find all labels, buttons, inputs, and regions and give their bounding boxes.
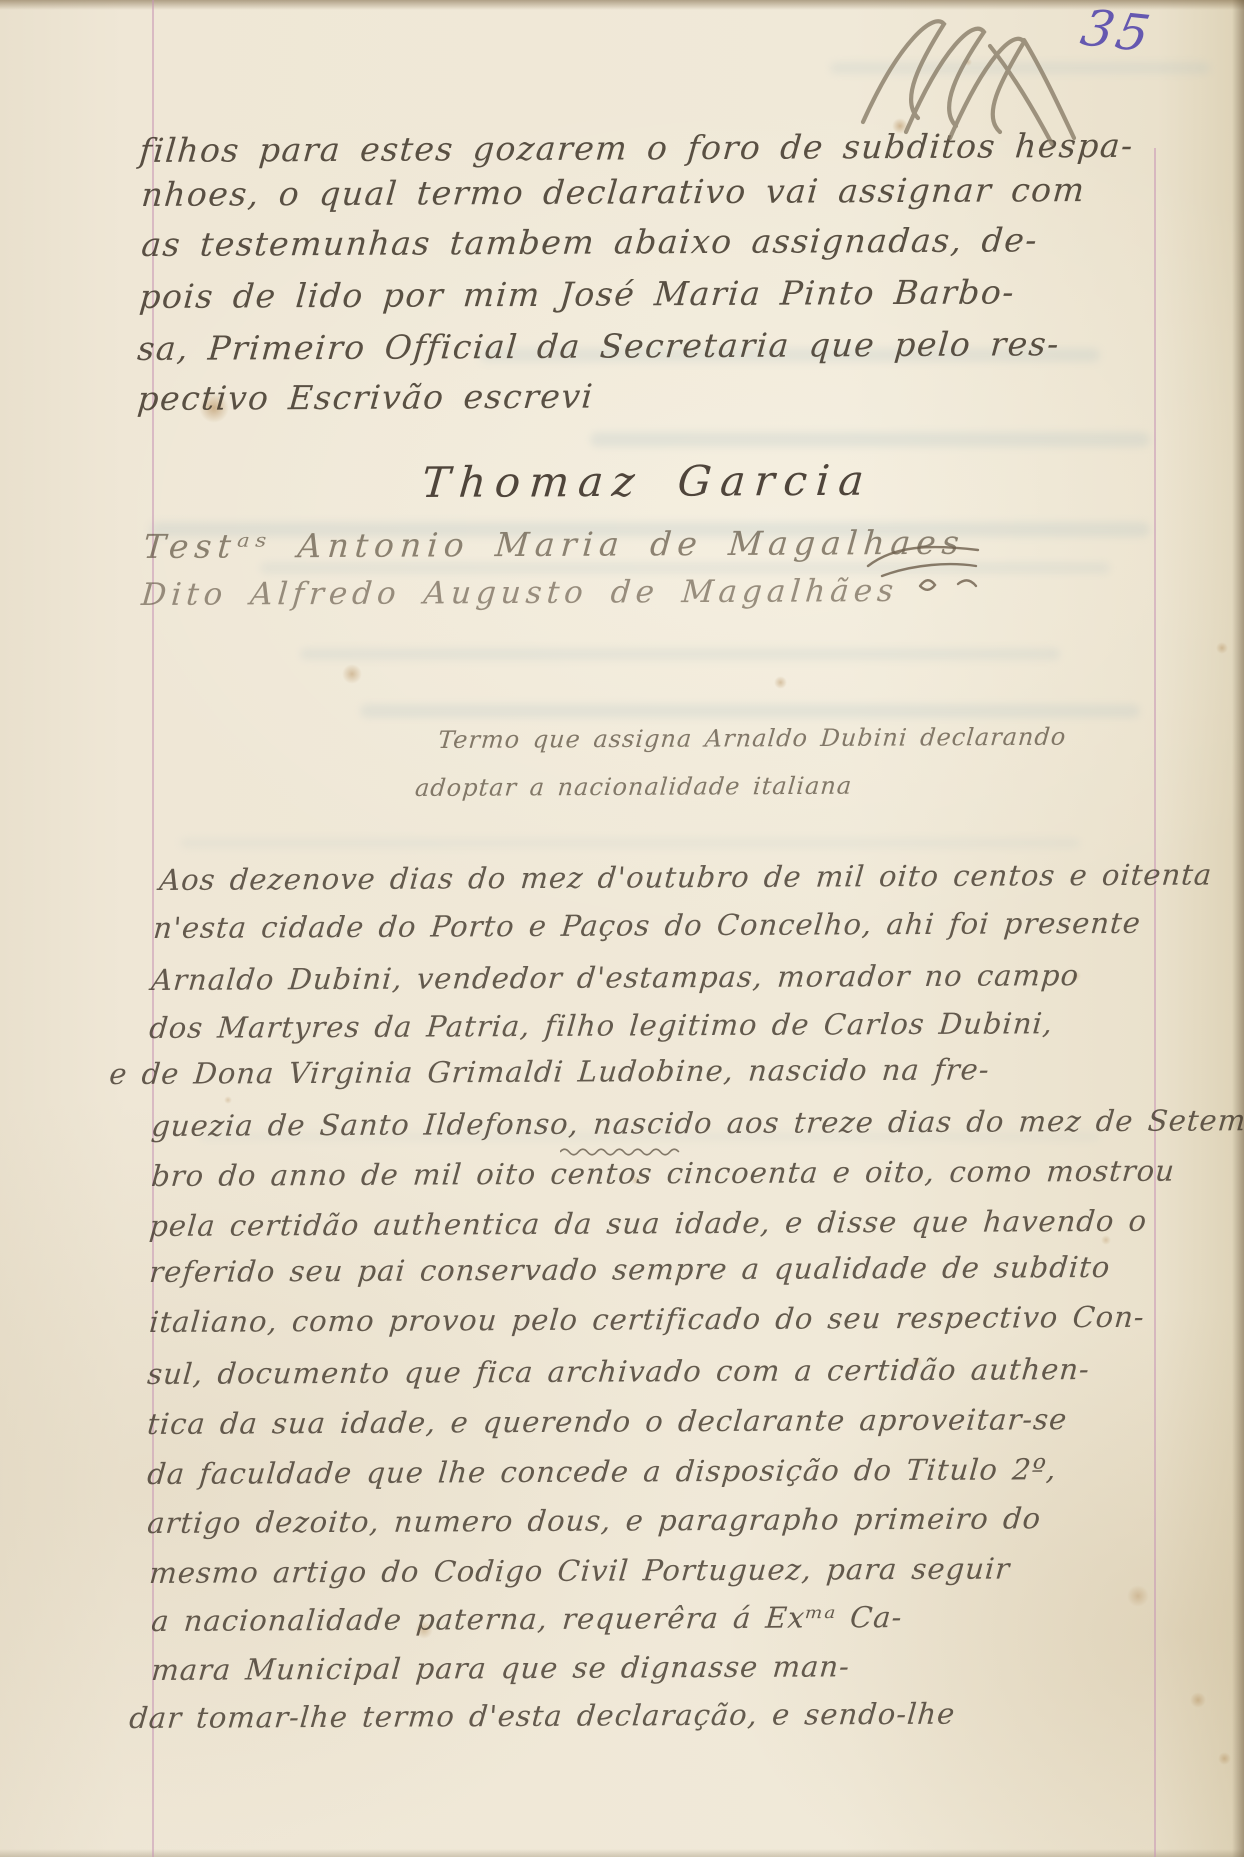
manuscript-line: a nacionalidade paterna, requerêra á Exᵐ… (150, 1600, 904, 1638)
page-edge-bottom (0, 1849, 1244, 1857)
page-edge-right (1232, 0, 1244, 1857)
manuscript-line: Dito Alfredo Augusto de Magalhães (140, 573, 900, 613)
rubric-flourish-icon (838, 4, 1094, 154)
bleedthrough-band (360, 704, 1140, 718)
manuscript-line: tica da sua idade, e querendo o declaran… (146, 1402, 1069, 1441)
foxing-spot (342, 664, 362, 684)
bleedthrough-band (180, 838, 1080, 848)
manuscript-line: Arnaldo Dubini, vendedor d'estampas, mor… (150, 958, 1081, 997)
manuscript-line: pois de lido por mim José Maria Pinto Ba… (138, 272, 1017, 316)
foxing-spot (1190, 1692, 1206, 1708)
manuscript-line: pectivo Escrivão escrevi (136, 377, 595, 418)
manuscript-line: n'esta cidade do Porto e Paços do Concel… (152, 906, 1142, 945)
nascido-underline-squiggle (560, 1146, 688, 1158)
manuscript-line: guezia de Santo Ildefonso, nascido aos t… (150, 1103, 1244, 1143)
manuscript-page: filhos para estes gozarem o foro de subd… (0, 0, 1244, 1857)
manuscript-line: bro do anno de mil oito centos cincoenta… (150, 1154, 1176, 1193)
foxing-spot (1127, 1585, 1149, 1607)
manuscript-line: artigo dezoito, numero dous, e paragraph… (146, 1501, 1043, 1540)
manuscript-line: Thomaz Garcia (420, 456, 875, 507)
foxing-spot (774, 676, 787, 689)
manuscript-line: pela certidão authentica da sua idade, e… (148, 1204, 1149, 1243)
manuscript-line: referido seu pai conservado sempre a qua… (148, 1250, 1112, 1289)
manuscript-line: Termo que assigna Arnaldo Dubini declara… (437, 723, 1068, 754)
manuscript-line: as testemunhas tambem abaixo assignadas,… (140, 220, 1040, 264)
manuscript-line: sa, Primeiro Official da Secretaria que … (136, 324, 1062, 368)
bleedthrough-band (300, 648, 1060, 660)
right-margin-rule (1154, 148, 1156, 1857)
manuscript-line: Testᵃˢ Antonio Maria de Magalhaes (142, 523, 966, 566)
foxing-spot (224, 1096, 232, 1104)
manuscript-line: mesmo artigo do Codigo Civil Portuguez, … (148, 1551, 1012, 1590)
manuscript-line: Aos dezenove dias do mez d'outubro de mi… (158, 857, 1214, 897)
manuscript-line: nhoes, o qual termo declarativo vai assi… (140, 170, 1087, 214)
manuscript-line: mara Municipal para que se dignasse man- (150, 1649, 851, 1687)
manuscript-line: dos Martyres da Patria, filho legitimo d… (148, 1006, 1055, 1045)
manuscript-line: da faculdade que lhe concede a disposiçã… (146, 1452, 1058, 1491)
manuscript-line: dar tomar-lhe termo d'esta declaração, e… (128, 1697, 957, 1735)
manuscript-line: e de Dona Virginia Grimaldi Ludobine, na… (108, 1052, 991, 1091)
foxing-spot (1216, 642, 1228, 654)
manuscript-line: adoptar a nacionalidade italiana (414, 772, 853, 802)
bleedthrough-band (590, 432, 1150, 447)
signature-paraph-icon (862, 536, 992, 598)
manuscript-line: italiano, como provou pelo certificado d… (148, 1300, 1146, 1339)
manuscript-line: sul, documento que fica archivado com a … (146, 1352, 1091, 1391)
foxing-spot (1218, 1752, 1231, 1765)
